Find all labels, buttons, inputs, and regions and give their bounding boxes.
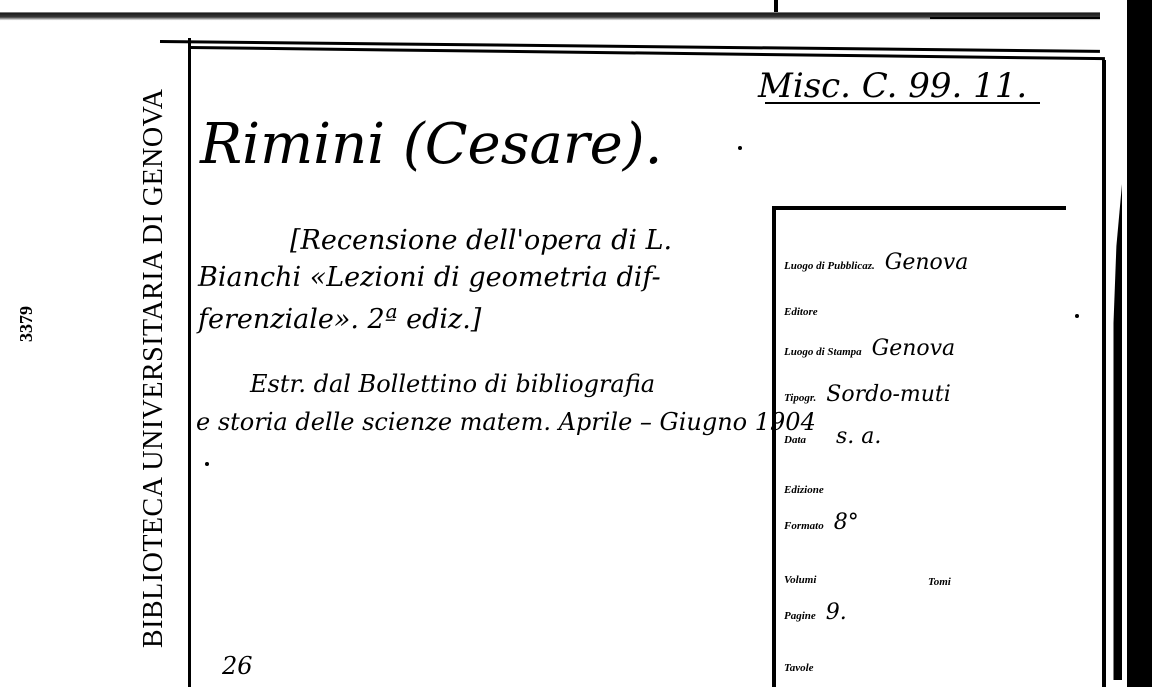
field-printer: Tipogr.Sordo-muti	[784, 382, 951, 407]
margin-annotation: 3379	[16, 306, 37, 342]
field-value: Sordo-muti	[826, 382, 951, 407]
field-place-of-publication: Luogo di Pubblicaz.Genova	[784, 250, 968, 275]
field-label: Tomi	[928, 576, 951, 588]
field-value: Genova	[872, 336, 956, 361]
shelfmark: Misc. C. 99. 11.	[758, 66, 1027, 106]
field-label: Volumi	[784, 574, 816, 586]
field-label: Edizione	[784, 484, 824, 496]
card-number: 26	[222, 652, 253, 680]
field-value: Genova	[885, 250, 969, 275]
title-line: ferenziale». 2ª ediz.]	[198, 304, 481, 335]
card-left-rule	[188, 38, 191, 687]
field-place-of-printing: Luogo di StampaGenova	[784, 336, 955, 361]
field-value: 8°	[834, 510, 859, 535]
field-edition: Edizione	[784, 474, 834, 499]
ink-speck	[738, 146, 742, 150]
catalog-details-box: Luogo di Pubblicaz.Genova Editore Luogo …	[772, 206, 1066, 687]
field-plates: Tavole	[784, 652, 824, 677]
card-right-rule	[1102, 60, 1106, 687]
ink-speck	[205, 462, 209, 466]
field-publisher: Editore	[784, 296, 828, 321]
shelfmark-underline	[765, 102, 1040, 104]
field-value: 9.	[826, 600, 847, 625]
field-label: Data	[784, 434, 806, 446]
scan-edge-right	[1127, 0, 1152, 687]
field-label: Tavole	[784, 662, 814, 674]
ink-speck	[1075, 314, 1079, 318]
field-label: Formato	[784, 520, 824, 532]
field-label: Luogo di Stampa	[784, 346, 862, 358]
field-value: s. a.	[836, 424, 881, 449]
field-format: Formato8°	[784, 510, 859, 535]
library-stamp: BIBLIOTECA UNIVERSITARIA DI GENOVA	[138, 48, 178, 648]
scan-mark	[774, 0, 778, 12]
scan-mark	[930, 17, 1100, 19]
field-pages: Pagine9.	[784, 600, 847, 625]
field-tomes: Tomi	[928, 566, 961, 591]
field-label: Pagine	[784, 610, 816, 622]
extract-note-line: Estr. dal Bollettino di bibliografia	[250, 370, 655, 398]
title-line: [Recensione dell'opera di L.	[290, 225, 672, 256]
extract-note-line: e storia delle scienze matem. Aprile – G…	[196, 408, 816, 436]
field-label: Editore	[784, 306, 818, 318]
field-label: Luogo di Pubblicaz.	[784, 260, 875, 272]
author-heading: Rimini (Cesare).	[200, 112, 662, 177]
field-date: Datas. a.	[784, 424, 881, 449]
field-label: Tipogr.	[784, 392, 816, 404]
scan-edge-shadow	[1108, 60, 1122, 680]
title-line: Bianchi «Lezioni di geometria dif-	[198, 262, 661, 293]
field-volumes: Volumi	[784, 564, 826, 589]
